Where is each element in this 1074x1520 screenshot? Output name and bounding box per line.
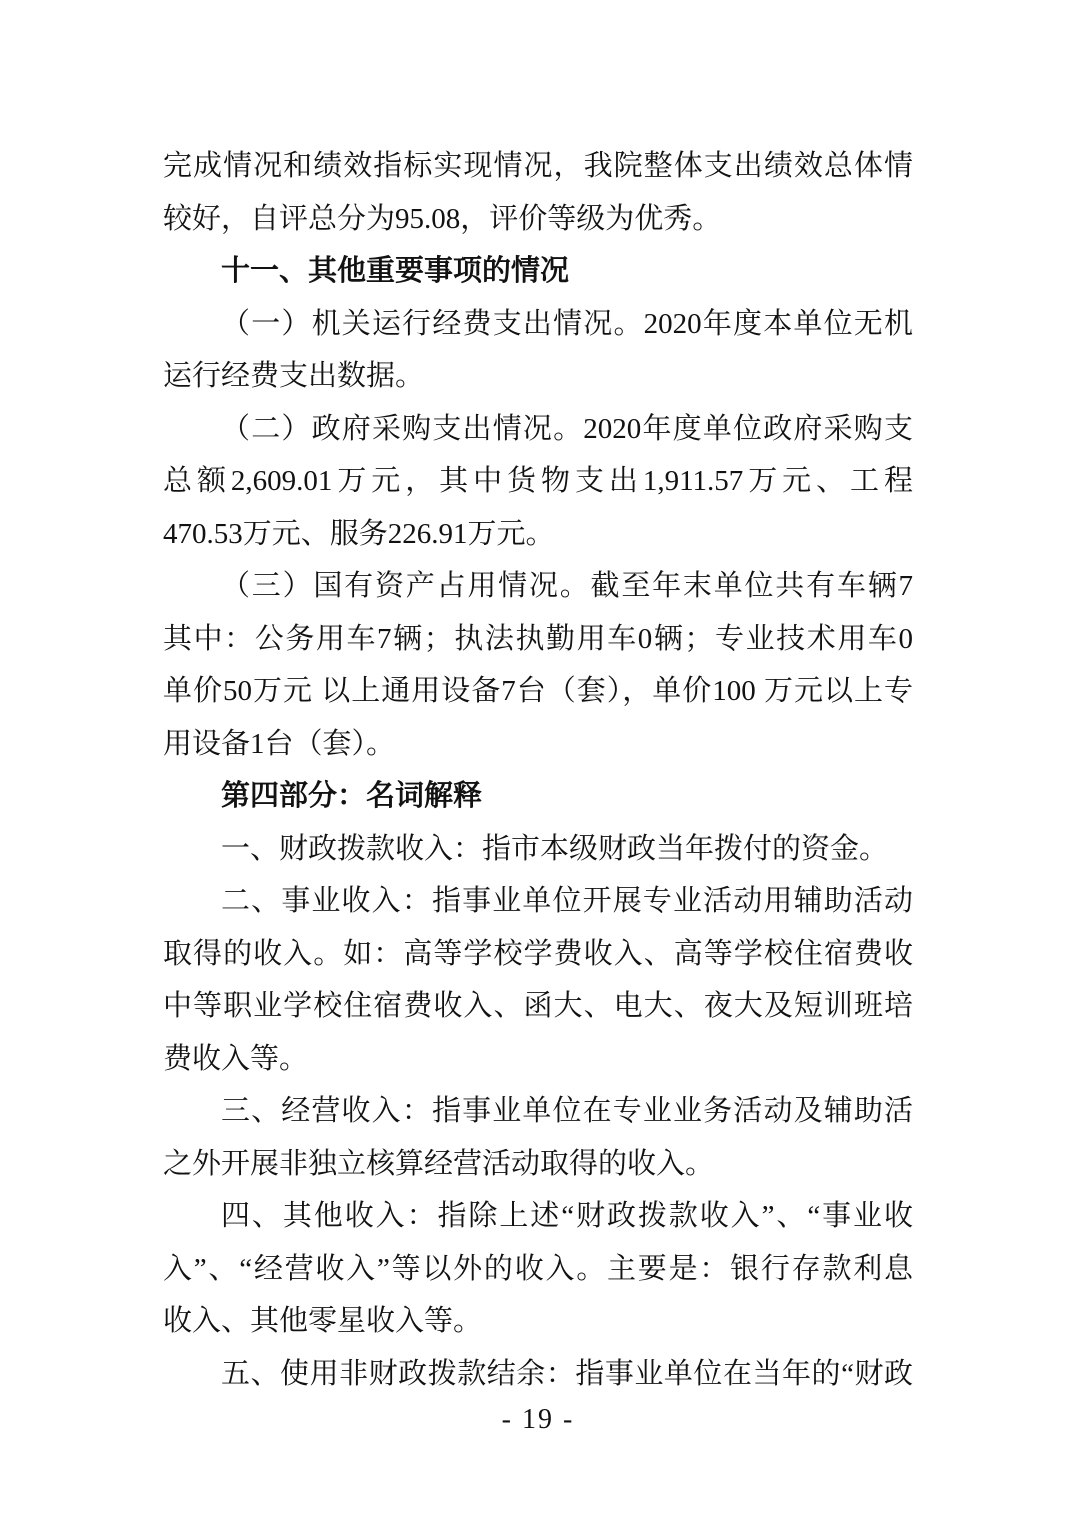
text-line: 入”、“经营收入”等以外的收入。主要是：银行存款利息 [163,1243,913,1296]
text-line: 单价50万元 以上通用设备7台（套），单价100 万元以上专 [163,665,913,718]
text-line: （三）国有资产占用情况。截至年末单位共有车辆7辆， [163,560,913,613]
document-body: 完成情况和绩效指标实现情况，我院整体支出绩效总体情况较好，自评总分为95.08，… [163,140,913,1400]
text-line: 一、财政拨款收入：指市本级财政当年拨付的资金。 [163,823,913,876]
document-page: 完成情况和绩效指标实现情况，我院整体支出绩效总体情况较好，自评总分为95.08，… [0,0,1074,1520]
text-line: 运行经费支出数据。 [163,350,913,403]
text-line: （二）政府采购支出情况。2020年度单位政府采购支出 [163,403,913,456]
text-line: 470.53万元、服务226.91万元。 [163,508,913,561]
text-line: （一）机关运行经费支出情况。2020年度本单位无机关 [163,298,913,351]
text-line: 较好，自评总分为95.08，评价等级为优秀。 [163,193,913,246]
text-line: 其中：公务用车7辆；执法执勤用车0辆；专业技术用车0辆； [163,613,913,666]
text-line: 总额2,609.01万元，其中货物支出1,911.57万元、工程 [163,455,913,508]
text-line: 费收入等。 [163,1033,913,1086]
text-line: 收入、其他零星收入等。 [163,1295,913,1348]
text-line: 之外开展非独立核算经营活动取得的收入。 [163,1138,913,1191]
text-line: 二、事业收入：指事业单位开展专业活动用辅助活动所 [163,875,913,928]
text-line: 五、使用非财政拨款结余：指事业单位在当年的“财政 [163,1348,913,1401]
text-line: 用设备1台（套）。 [163,718,913,771]
section-heading: 十一、其他重要事项的情况 [163,245,913,298]
text-line: 完成情况和绩效指标实现情况，我院整体支出绩效总体情况 [163,140,913,193]
page-footer: - 19 - [163,1404,913,1436]
page-number: - 19 - [502,1404,575,1435]
text-line: 三、经营收入：指事业单位在专业业务活动及辅助活动 [163,1085,913,1138]
section-heading: 第四部分：名词解释 [163,770,913,823]
text-line: 取得的收入。如：高等学校学费收入、高等学校住宿费收入、 [163,928,913,981]
text-line: 四、其他收入：指除上述“财政拨款收入”、“事业收 [163,1190,913,1243]
text-line: 中等职业学校住宿费收入、函大、电大、夜大及短训班培训 [163,980,913,1033]
